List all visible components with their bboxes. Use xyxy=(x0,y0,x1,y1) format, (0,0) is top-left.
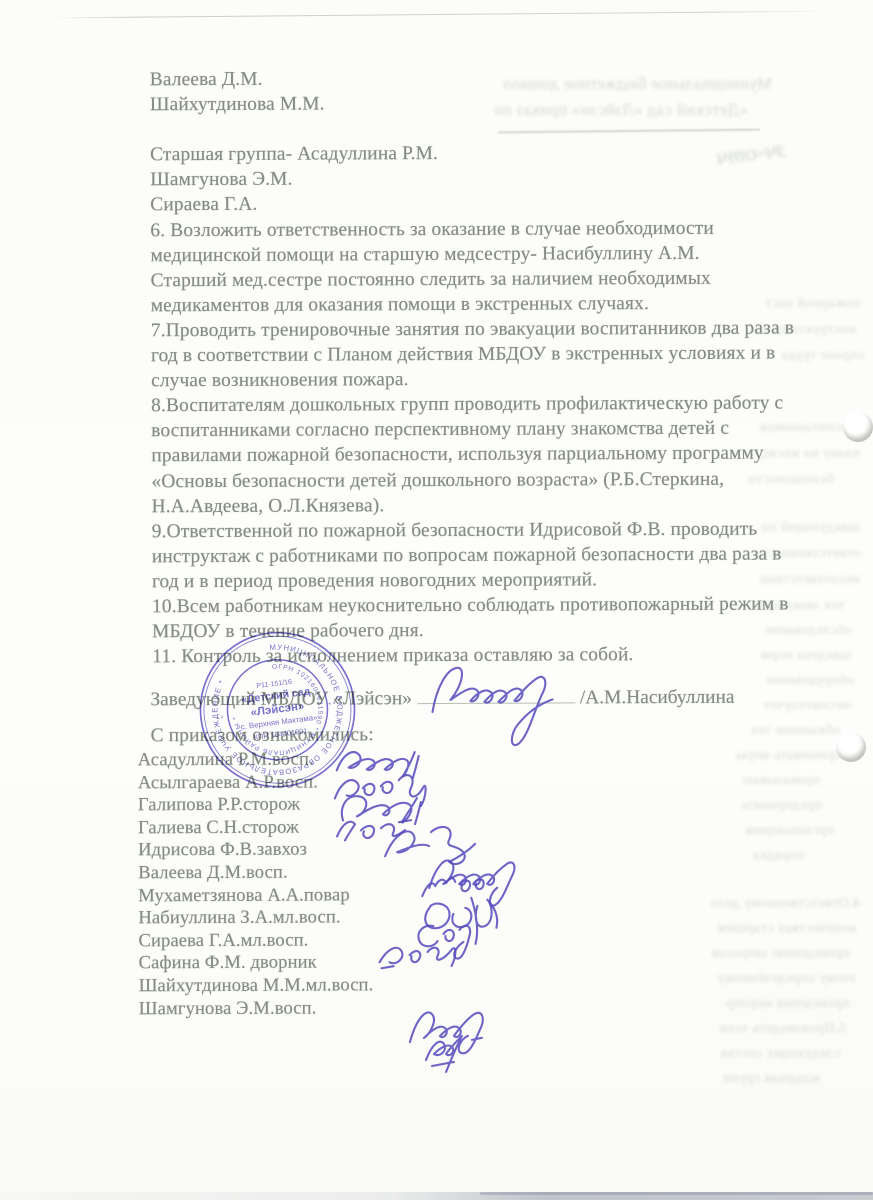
body-line xyxy=(150,114,850,142)
official-round-stamp: МУНИЦИПАЛЬНОЕ БЮДЖЕТНОЕ ОБРАЗОВАТЕЛЬНОЕ … xyxy=(185,617,371,803)
body-line: случае возникновения пожара. xyxy=(151,365,851,393)
body-line: Шайхутдинова М.М. xyxy=(150,89,850,117)
body-line: 10.Всем работникам неукоснительно соблюд… xyxy=(152,591,852,619)
body-line: медикаментов для оказания помощи в экстр… xyxy=(151,290,851,318)
scan-bottom-edge-line xyxy=(480,1192,873,1195)
roster-row: Галипова Р.Р.сторож xyxy=(138,793,558,817)
acknowledgement-roster: Асадуллина Р.М.восп. Асылгараева А.Р.вос… xyxy=(138,747,559,1020)
roster-row: Мухаметзянова А.А.повар xyxy=(138,883,558,907)
body-line: Старшая группа- Асадуллина Р.М. xyxy=(150,139,850,167)
roster-row: Сафина Ф.М. дворник xyxy=(139,951,559,975)
signature-shamgunova xyxy=(426,1036,462,1072)
body-line: инструктаж с работниками по вопросам пож… xyxy=(152,541,852,569)
scanned-document-page: Муниципальное бюджетное дошкол «Детский … xyxy=(0,0,873,1200)
body-line: «Основы безопасности детей дошкольного в… xyxy=(151,466,851,494)
roster-row: Сираева Г.А.мл.восп. xyxy=(138,928,558,952)
body-line: Шамгунова Э.М. xyxy=(150,165,850,193)
roster-row: Шайхутдинова М.М.мл.восп. xyxy=(139,973,559,997)
hole-punch-mark xyxy=(843,412,873,442)
roster-row: Галиева С.Н.сторож xyxy=(138,815,558,839)
body-line: год в соответствии с Планом действия МБД… xyxy=(151,340,851,368)
body-line: медицинской помощи на старшую медсестру-… xyxy=(150,240,850,268)
stamp-star-left: * * xyxy=(216,716,224,724)
stamp-star-right: * * xyxy=(328,701,336,709)
body-line: правилами пожарной безопасности, использ… xyxy=(151,441,851,469)
body-line: Н.А.Авдеева, О.Л.Князева). xyxy=(152,491,852,519)
body-line: воспитанниками согласно перспективному п… xyxy=(151,416,851,444)
roster-row: Идрисова Ф.В.завхоз xyxy=(138,838,558,862)
order-body-text: Валеева Д.М. Шайхутдинова М.М. Старшая г… xyxy=(150,64,853,669)
body-line: 6. Возложить ответственность за оказание… xyxy=(150,215,850,243)
body-line: год и в период проведения новогодних мер… xyxy=(152,566,852,594)
body-line: 8.Воспитателям дошкольных групп проводит… xyxy=(151,390,851,418)
hole-punch-mark xyxy=(836,732,866,762)
body-line: Сираева Г.А. xyxy=(150,190,850,218)
body-line: 7.Проводить тренировочные занятия по эва… xyxy=(151,315,851,343)
body-line: Валеева Д.М. xyxy=(150,64,850,92)
roster-row: Шамгунова Э.М.восп. xyxy=(139,996,559,1020)
body-line: Старший мед.сестре постоянно следить за … xyxy=(151,265,851,293)
signature-underline xyxy=(418,688,576,704)
roster-row: Валеева Д.М.восп. xyxy=(138,860,558,884)
director-name: /А.М.Насибуллина xyxy=(580,687,735,709)
roster-row: Набиуллина З.А.мл.восп. xyxy=(138,906,558,930)
body-line: 9.Ответственной по пожарной безопасности… xyxy=(152,516,852,544)
